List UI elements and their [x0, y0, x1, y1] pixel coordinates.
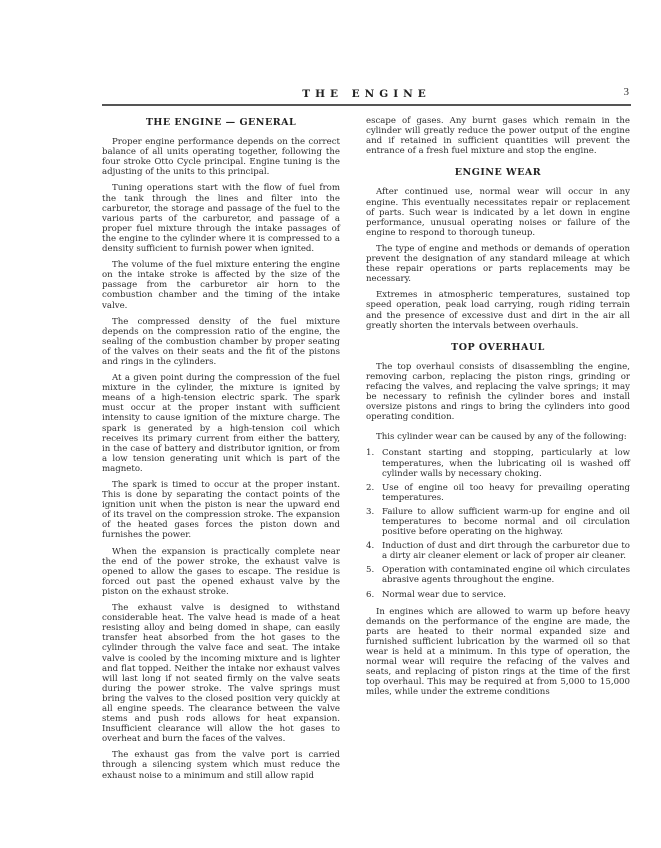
list-item: 6.Normal wear due to service.: [366, 590, 630, 600]
paragraph: The volume of the fuel mixture entering …: [102, 260, 340, 310]
paragraph: The top overhaul consists of disassembli…: [366, 362, 630, 423]
section-heading-top-overhaul: TOP OVERHAUL: [366, 343, 630, 353]
paragraph: In engines which are allowed to warm up …: [366, 607, 630, 698]
paragraph: The type of engine and methods or demand…: [366, 244, 630, 284]
list-text: Constant starting and stopping, particul…: [382, 448, 630, 478]
list-number: 2.: [366, 483, 374, 493]
paragraph: Tuning operations start with the flow of…: [102, 183, 340, 254]
running-title: THE ENGINE: [102, 88, 631, 100]
paragraph: Extremes in atmospheric temperatures, su…: [366, 290, 630, 330]
right-column: escape of gases. Any burnt gases which r…: [366, 116, 630, 704]
cause-list: 1.Constant starting and stopping, partic…: [366, 448, 630, 599]
paragraph: When the expansion is practically comple…: [102, 547, 340, 597]
continued-paragraph: escape of gases. Any burnt gases which r…: [366, 116, 630, 156]
list-text: Use of engine oil too heavy for prevaili…: [382, 483, 630, 503]
page-number: 3: [624, 86, 630, 98]
list-number: 1.: [366, 448, 374, 458]
section-heading-engine-general: THE ENGINE — GENERAL: [102, 118, 340, 128]
list-item: 1.Constant starting and stopping, partic…: [366, 448, 630, 478]
section-heading-engine-wear: ENGINE WEAR: [366, 168, 630, 178]
paragraph: The exhaust gas from the valve port is c…: [102, 750, 340, 780]
list-text: Induction of dust and dirt through the c…: [382, 541, 630, 561]
left-column: THE ENGINE — GENERAL Proper engine perfo…: [102, 116, 340, 787]
paragraph: The spark is timed to occur at the prope…: [102, 480, 340, 541]
paragraph: The compressed density of the fuel mixtu…: [102, 317, 340, 367]
list-number: 6.: [366, 590, 374, 600]
list-number: 4.: [366, 541, 374, 551]
paragraph: The exhaust valve is designed to withsta…: [102, 603, 340, 744]
paragraph: After continued use, normal wear will oc…: [366, 187, 630, 237]
list-item: 2.Use of engine oil too heavy for prevai…: [366, 483, 630, 503]
paragraph: Proper engine performance depends on the…: [102, 137, 340, 177]
list-number: 5.: [366, 565, 374, 575]
list-item: 5.Operation with contaminated engine oil…: [366, 565, 630, 585]
list-text: Normal wear due to service.: [382, 590, 506, 600]
header-rule: [102, 104, 631, 106]
list-text: Operation with contaminated engine oil w…: [382, 565, 630, 585]
paragraph: This cylinder wear can be caused by any …: [366, 432, 630, 442]
paragraph: At a given point during the compression …: [102, 373, 340, 474]
list-item: 4.Induction of dust and dirt through the…: [366, 541, 630, 561]
list-item: 3.Failure to allow sufficient warm-up fo…: [366, 507, 630, 537]
list-number: 3.: [366, 507, 374, 517]
list-text: Failure to allow sufficient warm-up for …: [382, 507, 630, 537]
